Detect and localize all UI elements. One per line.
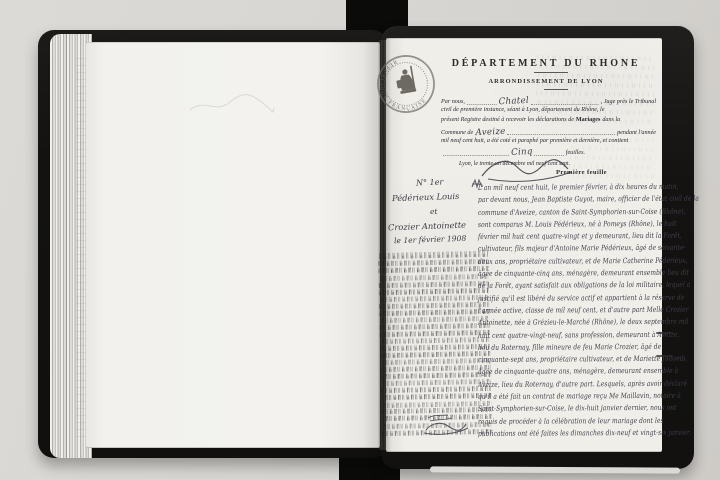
form-line-5: mil neuf cent huit, a été coté et paraph…	[441, 137, 656, 147]
right-page-content: RÉPUBLIQUE FRANÇAISE DÉPARTEMENT DU RHON…	[386, 38, 662, 452]
left-page-blank	[86, 42, 380, 448]
form-line-3: présent Registre destiné à recevoir les …	[441, 116, 656, 126]
act-line: Saint-Symphorien-sur-Coise, le dix-huit …	[478, 402, 625, 415]
margin-bride-name: Crozier Antoinette	[388, 220, 466, 233]
act-line: sont comparus M. Louis Pédérieux, né à P…	[478, 218, 625, 231]
margin-dash	[656, 355, 673, 357]
form-line-1: Par nous, Chatel , Juge près le Tribunal	[441, 96, 656, 106]
seated-figure-glyph	[394, 66, 416, 95]
form-line-2: civil de première instance, séant à Lyon…	[441, 106, 656, 116]
marginal-mention-block	[378, 249, 492, 436]
margin-groom-name: Pédérieux Louis	[392, 191, 460, 203]
margin-conjunction: et	[430, 207, 438, 216]
act-line: Antoinette, née à Grézieu-le-Marché (Rhô…	[478, 316, 625, 329]
act-line: âgée de cinquante-quatre ans, ménagère, …	[478, 366, 625, 379]
margin-act-number: N° 1er	[416, 178, 444, 188]
photo-backdrop: RÉPUBLIQUE FRANÇAISE DÉPARTEMENT DU RHON…	[0, 0, 720, 480]
act-line: publications ont été faites les dimanche…	[478, 427, 625, 440]
act-line: requis de procéder à la célébration de l…	[478, 415, 625, 428]
act-line: cultivateur, fils majeur d'Antoine Marie…	[478, 243, 625, 256]
act-line: huit cent quatre-vingt-neuf, sans profes…	[478, 329, 625, 342]
act-line: Aveize, lieu du Roternay, d'autre part. …	[478, 378, 625, 391]
faint-pencil-mark	[186, 88, 276, 122]
margin-dash	[656, 332, 673, 334]
act-line: justifié qu'il est libéré du service act…	[478, 292, 625, 305]
page-edges-bottom	[430, 466, 680, 473]
form-line-4: Commune de Aveize pendant l'année	[441, 127, 656, 137]
mariages-label: Mariages	[576, 116, 601, 123]
marriage-act-text: L'an mil neuf cent huit, le premier févr…	[478, 182, 662, 440]
act-line: de la Forêt, ayant satisfait aux obligat…	[478, 279, 625, 292]
act-line: lieu du Roternay, fille mineure de feu M…	[478, 341, 625, 354]
act-line: par devant nous, Jean Baptiste Guyot, ma…	[478, 193, 625, 206]
act-line: deux ans, propriétaire cultivateur, et d…	[478, 255, 625, 268]
officials-signatures-flourish	[420, 412, 472, 436]
act-line: commune d'Aveize, canton de Saint-Sympho…	[478, 206, 625, 219]
first-sheet-label: Première feuille	[556, 169, 607, 176]
margin-act-date: le 1er février 1908	[394, 234, 467, 246]
